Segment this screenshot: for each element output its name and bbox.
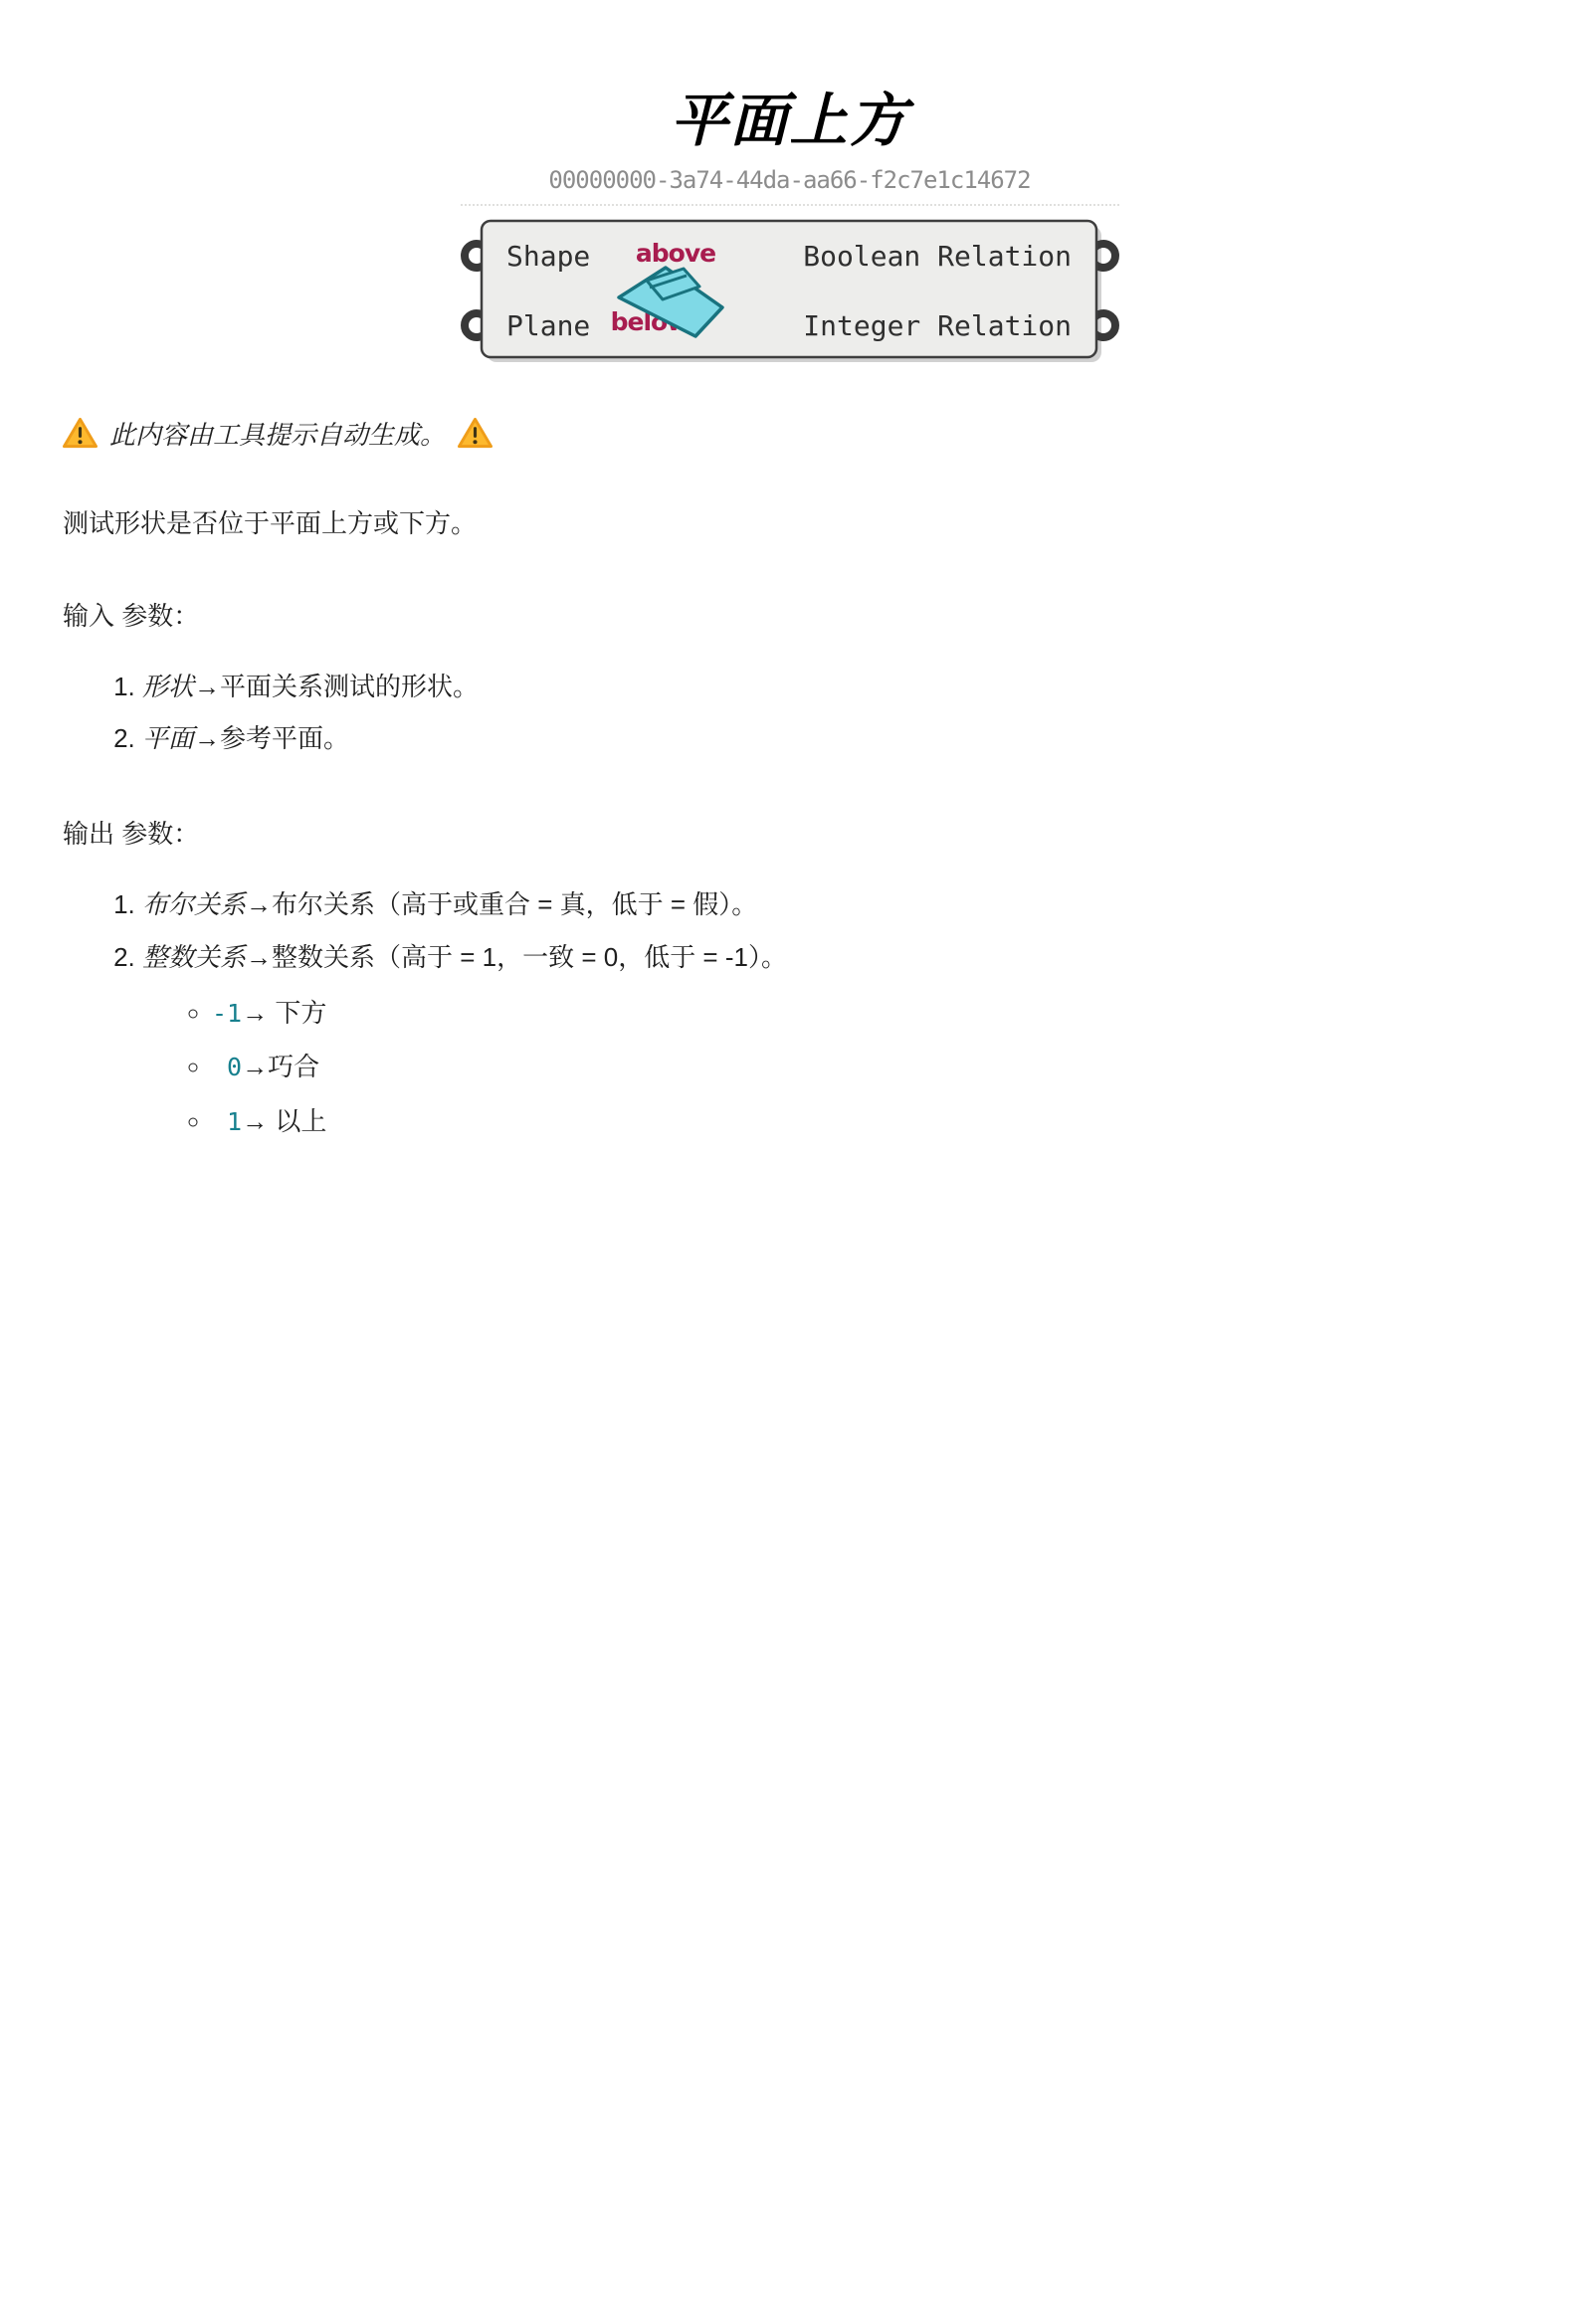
param-desc: →布尔关系（高于或重合 = 真，低于 = 假）。 [246,889,757,919]
input-params-list: 形状→平面关系测试的形状。 平面→参考平面。 [63,667,1516,759]
output-param-boolean: 布尔关系→布尔关系（高于或重合 = 真，低于 = 假）。 [142,884,1516,924]
value-desc: → 下方 [242,998,326,1028]
auto-generated-warning: 此内容由工具提示自动生成。 [63,415,1516,452]
component-figure: Shape Plane Boolean Relation Integer Rel… [461,204,1119,365]
value-item-coincident: 0→巧合 [212,1049,1516,1084]
value-code: 1 [212,1104,242,1139]
param-term: 布尔关系 [142,889,246,919]
input-param-shape: 形状→平面关系测试的形状。 [142,667,1516,706]
param-desc: →参考平面。 [194,723,349,753]
input-param-plane: 平面→参考平面。 [142,718,1516,758]
output-params-list: 布尔关系→布尔关系（高于或重合 = 真，低于 = 假）。 整数关系→整数关系（高… [63,884,1516,1139]
integer-values-list: -1→ 下方 0→巧合 1→ 以上 [142,995,1516,1139]
outputs-heading: 输出 参数： [63,814,1516,851]
component-description: 测试形状是否位于平面上方或下方。 [63,503,1516,540]
value-desc: →巧合 [242,1052,319,1081]
warning-icon [458,416,493,451]
value-item-below: -1→ 下方 [212,995,1516,1031]
grasshopper-component-diagram: Shape Plane Boolean Relation Integer Rel… [461,214,1119,365]
component-uuid: 00000000-3a74-44da-aa66-f2c7e1c14672 [63,166,1516,194]
input-label-plane: Plane [506,309,590,342]
param-term: 形状 [142,672,194,701]
output-label-boolean-relation: Boolean Relation [803,240,1072,273]
warning-icon [63,416,98,451]
document-page: 平面上方 00000000-3a74-44da-aa66-f2c7e1c1467… [0,92,1579,2324]
input-label-shape: Shape [506,240,590,273]
output-label-integer-relation: Integer Relation [803,309,1072,342]
param-term: 整数关系 [142,942,246,972]
output-param-integer: 整数关系→整数关系（高于 = 1，一致 = 0，低于 = -1）。 -1→ 下方… [142,937,1516,1139]
value-desc: → 以上 [242,1106,326,1136]
page-title: 平面上方 [63,92,1516,152]
param-term: 平面 [142,723,194,753]
warning-text: 此内容由工具提示自动生成。 [109,415,446,452]
value-item-above: 1→ 以上 [212,1103,1516,1139]
value-code: 0 [212,1050,242,1084]
value-code: -1 [212,996,242,1031]
inputs-heading: 输入 参数： [63,596,1516,633]
param-desc: →平面关系测试的形状。 [194,672,479,701]
param-desc: →整数关系（高于 = 1，一致 = 0，低于 = -1）。 [246,942,787,972]
icon-above-label: above [635,239,714,268]
